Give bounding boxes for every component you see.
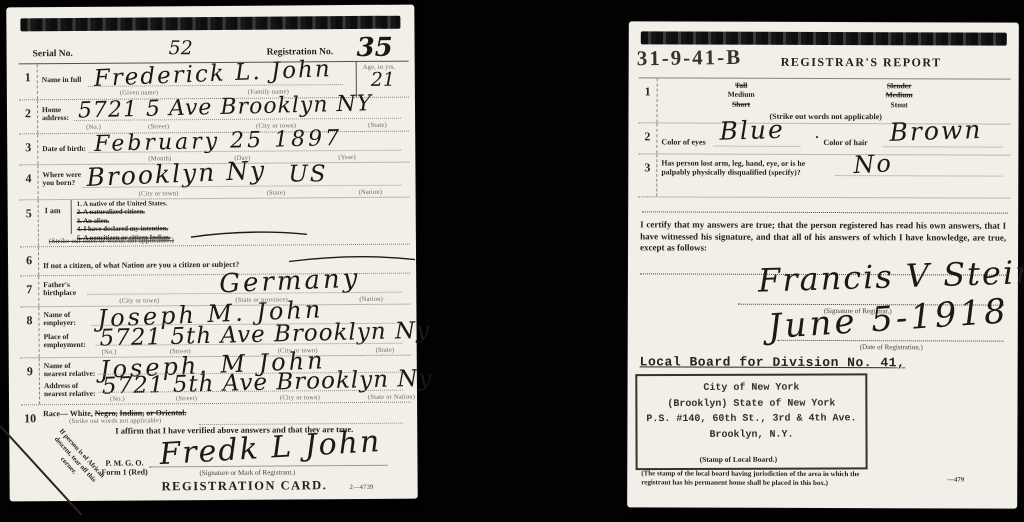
corner-tear-note: If person is of African descent, tear of… xyxy=(38,422,110,497)
board-stamp-code: 31-9-41-B xyxy=(637,45,743,71)
where-born-label-2: you born? xyxy=(42,179,75,188)
strike-out-note: (Strike out lines or words not applicabl… xyxy=(49,236,174,245)
registrant-signature-caption: (Signature or Mark of Registrant.) xyxy=(200,468,296,477)
race-prefix: Race xyxy=(43,409,60,418)
report-title: REGISTRAR'S REPORT xyxy=(781,55,942,71)
strike-out-note: (Strike out words not applicable) xyxy=(770,112,882,122)
sub-label: (City or town) xyxy=(139,190,179,197)
line-number: 1 xyxy=(638,78,657,122)
sub-label: (Street) xyxy=(176,395,197,402)
race-white: White, xyxy=(70,409,93,418)
line4-where-born: 4 Where were you born? Brooklyn Ny US (C… xyxy=(19,163,409,201)
certification-text: I certify that my answers are true; that… xyxy=(640,219,1006,255)
nation-subject-label: If not a citizen, of what Nation are you… xyxy=(43,261,239,271)
scanned-draft-registration-document: Serial No. 52 Registration No. 35 1 Name… xyxy=(0,0,1024,522)
race-indian: Indian, xyxy=(119,408,144,417)
report-line3-disability: 3 Has person lost arm, leg, hand, eye, o… xyxy=(638,154,1010,198)
race-oriental: or Oriental. xyxy=(146,408,186,417)
born-nation-value: US xyxy=(288,163,327,186)
build-medium: Medium xyxy=(886,91,913,100)
local-board-stamp-box: City of New York (Brooklyn) State of New… xyxy=(635,373,867,470)
build-options: Slender Medium Stout xyxy=(886,81,913,109)
age-value: 21 xyxy=(371,71,395,90)
serial-value: 52 xyxy=(169,39,193,58)
father-birthplace-label-2: birthplace xyxy=(43,289,76,298)
card-title: REGISTRATION CARD. xyxy=(162,478,328,494)
registration-number-value: 35 xyxy=(356,35,392,61)
sub-label: (No.) xyxy=(110,396,125,403)
line-number: 3 xyxy=(19,134,38,164)
build-slender: Slender xyxy=(886,81,913,90)
stamp-line-2: (Brooklyn) State of New York xyxy=(637,396,865,412)
employer-name-label-2: employer: xyxy=(43,319,76,328)
employment-place-label-2: employment: xyxy=(44,341,86,350)
serial-label: Serial No. xyxy=(33,49,73,60)
registration-card: Serial No. 52 Registration No. 35 1 Name… xyxy=(6,5,417,502)
divider-dotted-line xyxy=(642,211,1008,213)
line-number: 9 xyxy=(21,358,40,404)
eye-color-value: Blue xyxy=(719,117,785,144)
line-number: 7 xyxy=(20,276,39,306)
relative-address-label-2: nearest relative: xyxy=(44,390,96,399)
rule-line xyxy=(883,146,1002,147)
line9-nearest-relative: 9 Name of nearest relative: Joseph. M Jo… xyxy=(21,356,411,406)
line5-citizenship: 5 I am 1. A native of the United States.… xyxy=(20,198,410,248)
strike-out-note: (Strike out words not applicable) xyxy=(69,417,161,425)
pen-stroke xyxy=(189,228,309,241)
registrars-report-card: 31-9-41-B REGISTRAR'S REPORT 1 Tall Medi… xyxy=(627,21,1019,508)
hair-color-value: Brown xyxy=(889,117,983,145)
line-number: 1 xyxy=(19,64,38,99)
height-options: Tall Medium Short xyxy=(728,81,755,109)
sub-label: (No.) xyxy=(86,124,101,131)
stamp-box-text: City of New York (Brooklyn) State of New… xyxy=(637,375,865,443)
disability-value: No xyxy=(853,151,894,177)
height-tall: Tall xyxy=(728,81,755,90)
registration-card-form: Serial No. 52 Registration No. 35 1 Name… xyxy=(19,41,412,434)
report-form: 1 Tall Medium Short Slender Medium Stout… xyxy=(638,77,1010,198)
hair-color-label: Color of hair xyxy=(823,138,867,147)
build-stout: Stout xyxy=(886,100,913,109)
option-native: 1. A native of the United States. xyxy=(77,200,171,209)
local-board-line: Local Board for Division No. 41, xyxy=(640,354,906,370)
line-number: 10 xyxy=(21,405,39,433)
form-id-line2: Form 1 (Red) xyxy=(101,467,147,477)
date-of-birth-label: Date of birth: xyxy=(42,145,86,154)
sub-label: (Nation) xyxy=(359,189,383,196)
registration-date-caption: (Date of Registration.) xyxy=(860,343,923,351)
brace-line xyxy=(71,200,72,234)
line-number: 5 xyxy=(20,200,39,246)
height-short: Short xyxy=(728,99,755,108)
sub-label: (Given name) xyxy=(120,89,158,96)
stamp-line-4: Brooklyn, N.Y. xyxy=(637,427,865,443)
i-am-label: I am xyxy=(45,206,61,215)
sub-label: (State or Nation) xyxy=(368,394,415,401)
separator-dot: • xyxy=(815,132,818,142)
name-label: Name in full xyxy=(42,76,82,85)
eye-color-label: Color of eyes xyxy=(661,137,705,146)
report-line2-eyes-hair: 2 Color of eyes Blue • Color of hair Bro… xyxy=(638,123,1010,155)
stamp-box-caption: (Stamp of Local Board.) xyxy=(700,456,778,465)
line-number: 2 xyxy=(638,123,657,153)
rule-line xyxy=(713,146,800,147)
punch-bar xyxy=(20,16,400,32)
race-negro: Negro, xyxy=(95,409,118,418)
sub-label: (State) xyxy=(376,347,395,354)
line-number: 4 xyxy=(19,165,38,199)
stamp-instructions: (The stamp of the local board having jur… xyxy=(641,469,871,489)
line-number: 8 xyxy=(20,307,39,357)
disability-label-2: palpably physically disqualified (specif… xyxy=(661,168,800,177)
line-number: 2 xyxy=(19,100,38,133)
sub-label: (State) xyxy=(368,122,387,129)
punch-bar xyxy=(641,31,1007,45)
height-medium: Medium xyxy=(728,90,755,99)
registration-date: June 5-1918 xyxy=(767,294,1010,344)
print-code: —479 xyxy=(947,476,964,483)
home-address-label-2: address: xyxy=(42,114,69,123)
sub-label: (Year) xyxy=(338,154,356,161)
line-number: 3 xyxy=(638,154,657,196)
stamp-line-1: City of New York xyxy=(637,380,865,396)
print-code: 2—4739 xyxy=(350,484,374,491)
sub-label: (City or town) xyxy=(280,394,320,401)
stamp-line-3: P.S. #140, 60th St., 3rd & 4th Ave. xyxy=(637,411,865,427)
registrar-signature: Francis V Stein xyxy=(758,256,1024,297)
line-number: 6 xyxy=(20,247,39,275)
sub-label: (State) xyxy=(267,189,286,196)
relative-name-label-2: nearest relative: xyxy=(44,370,96,379)
sub-label: (Nation) xyxy=(359,296,383,303)
